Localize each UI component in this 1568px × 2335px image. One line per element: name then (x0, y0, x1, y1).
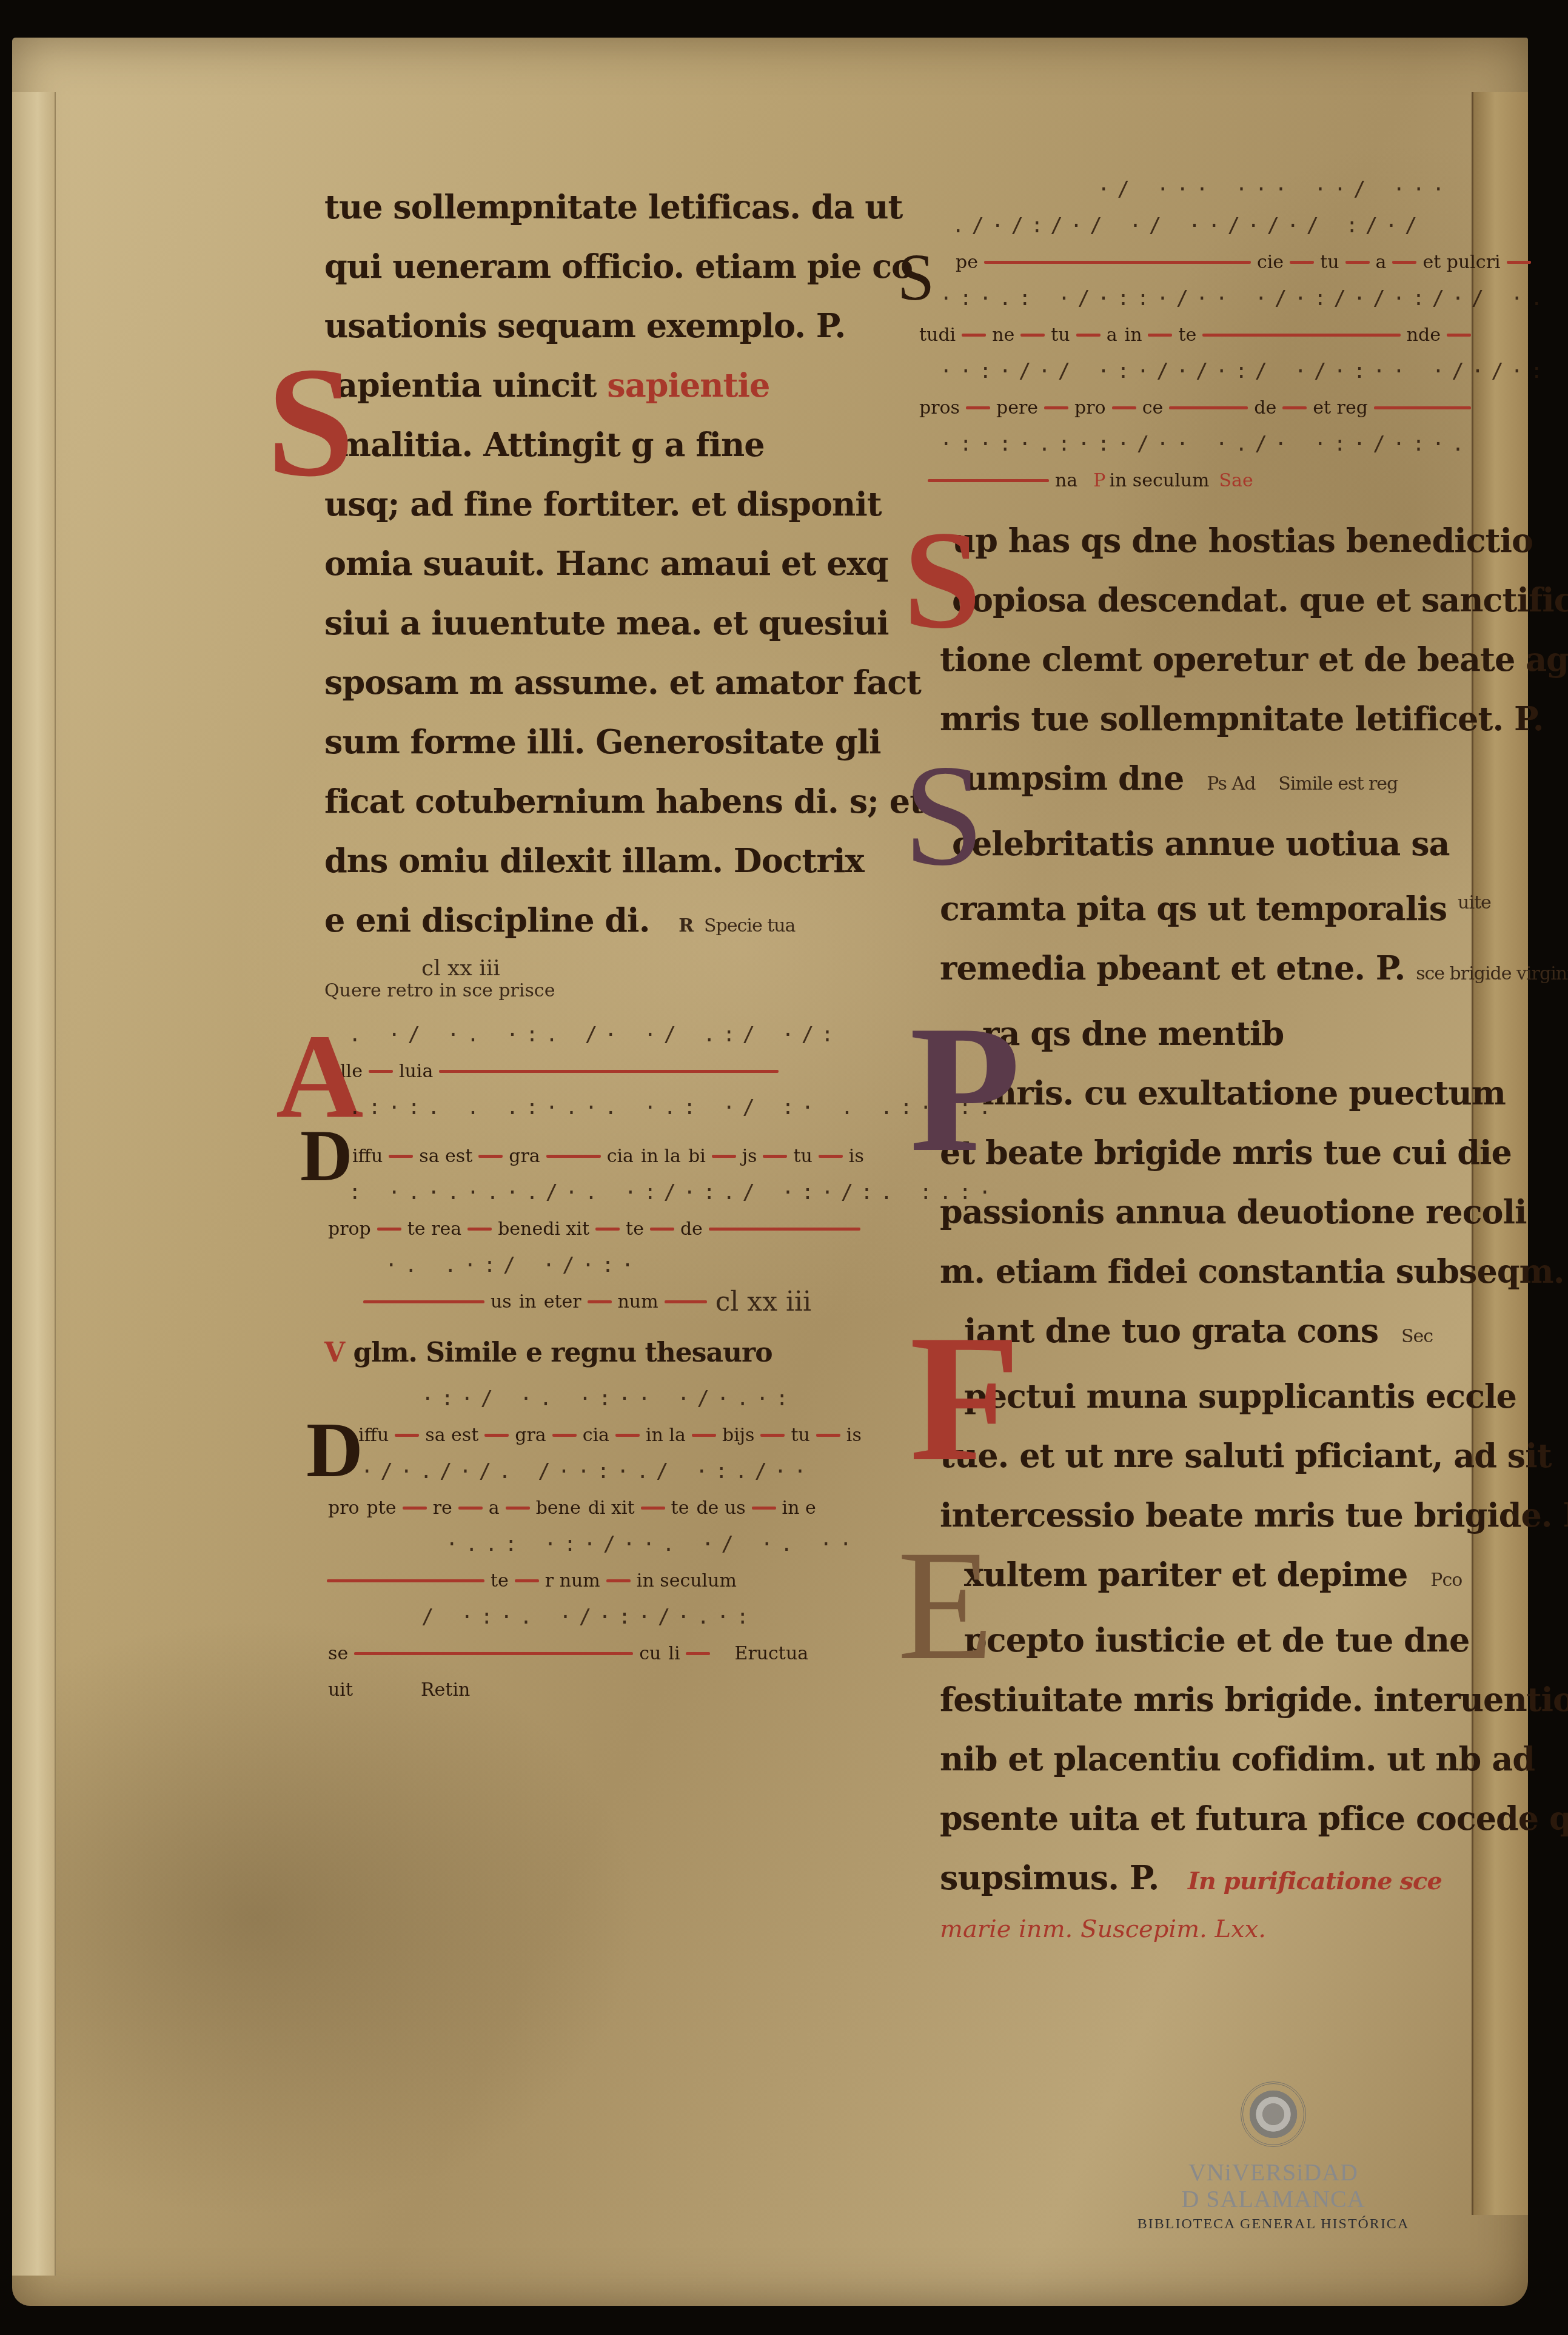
virginum-line: V glm. Simile e regnu thesauro (324, 1332, 864, 1374)
syllable: te rea (404, 1218, 465, 1240)
text-line: psente uita et futura pfice cocede q (916, 1789, 1473, 1848)
marginal-number: cl xx iii (324, 956, 864, 980)
red-rule (665, 1300, 707, 1303)
syllable: tu (789, 1146, 816, 1167)
red-rule (588, 1300, 612, 1303)
red-rule (763, 1155, 787, 1158)
red-rule (1392, 261, 1416, 264)
syllable: de us (692, 1497, 749, 1519)
text-line: passionis annua deuotione recoli (916, 1182, 1473, 1241)
red-rule (1112, 406, 1136, 409)
watermark-line1: VNiVERSiDAD (1128, 2159, 1419, 2186)
rubric-R: R (678, 915, 693, 936)
collect-block: P ra qs dne mentib mris. cu exultatione … (916, 1004, 1473, 1301)
syllable: r num (541, 1570, 604, 1591)
syllable: in (1121, 324, 1146, 346)
syllable: us (487, 1291, 515, 1312)
syllable: js (739, 1146, 761, 1167)
red-rule (712, 1155, 736, 1158)
text-line: sposam m assume. et amator fact (324, 653, 864, 712)
red-rule (546, 1155, 601, 1158)
syllable: prop (324, 1218, 375, 1240)
red-rule (816, 1434, 840, 1437)
syllable: te (668, 1497, 693, 1519)
red-rule (962, 334, 986, 337)
syllable: se (324, 1643, 352, 1664)
syllable: a (1103, 324, 1121, 346)
syllable: pe (952, 252, 982, 273)
postcommunion-block: S umpsim dne Ps Ad Simile est reg celebr… (916, 748, 1473, 1004)
text-span: umpsim dne (964, 759, 1184, 798)
syllable: et reg (1309, 397, 1372, 418)
syllable: luia (395, 1061, 437, 1082)
text-span: remedia pbeant et etne. P. (940, 949, 1405, 987)
text-line: malitia. Attingit g a fine (324, 415, 864, 474)
red-rule (650, 1228, 674, 1231)
alleluia-chant: A . ·/ ·. ·:. /· ·/ .:/ ·/: lle luia .:·… (324, 1016, 864, 1126)
red-rule (819, 1155, 843, 1158)
lyric-line: us in eter num cl xx iii (324, 1283, 864, 1320)
text-line: apientia uincit sapientie (324, 355, 864, 415)
syllable: a (485, 1497, 503, 1519)
university-seal-icon (1241, 2081, 1306, 2147)
syllable: in la (637, 1146, 685, 1167)
red-rule (1169, 406, 1248, 409)
text-line: m. etiam fidei constantia subseqm. (916, 1241, 1473, 1301)
red-rule (686, 1652, 710, 1655)
manuscript-page: tue sollempnitate letificas. da ut qui u… (12, 38, 1528, 2306)
red-rule (369, 1070, 393, 1073)
text-line: mris tue sollempnitate letificet. P. (916, 689, 1473, 748)
syllable: tu (1047, 324, 1073, 346)
specie-chant: ·/ ··· ··· ··/ ··· ./·/:/·/ ·/ ··/·/·/ :… (916, 171, 1473, 499)
left-column: tue sollempnitate letificas. da ut qui u… (324, 177, 864, 1720)
syllable: te (1174, 324, 1200, 346)
text-line: dns omiu dilexit illam. Doctrix (324, 831, 864, 890)
red-rule (478, 1155, 503, 1158)
rubric-sae: Sae (1219, 470, 1253, 491)
red-rule (403, 1507, 427, 1510)
syllable: sa est (415, 1146, 476, 1167)
text-line: up has qs dne hostias benedictio (916, 511, 1473, 570)
syllable: benedi xit (494, 1218, 593, 1240)
rubric-purification: In purificatione sce (1188, 1867, 1442, 1895)
syllable: de (677, 1218, 706, 1240)
neumes: ·. .·:/ ·/·:· (324, 1247, 864, 1283)
library-watermark: VNiVERSiDAD D SALAMANCA BIBLIOTECA GENER… (1128, 2081, 1419, 2233)
red-rule (1447, 334, 1471, 337)
red-rule (389, 1155, 413, 1158)
syllable: gra (511, 1425, 549, 1446)
syllable: num (614, 1291, 662, 1312)
red-rule (484, 1434, 509, 1437)
text-line: usationis sequam exemplo. P. (324, 296, 864, 355)
red-rule (1020, 334, 1045, 337)
red-rule (395, 1434, 419, 1437)
text-line: cramta pita qs ut temporalis uite (916, 873, 1473, 938)
red-rule (1282, 406, 1307, 409)
watermark-line3: BIBLIOTECA GENERAL HISTÓRICA (1128, 2216, 1419, 2233)
red-rule (1374, 406, 1471, 409)
interlinear-note: uite (1458, 892, 1491, 913)
syllable: bi (685, 1146, 709, 1167)
red-rule (606, 1579, 631, 1582)
simile-note: Simile est reg (1278, 773, 1398, 795)
syllable: in e (779, 1497, 820, 1519)
syllable: pte (363, 1497, 400, 1519)
text-span: xultem pariter et depime (964, 1555, 1407, 1594)
red-rule (515, 1579, 539, 1582)
red-rule (439, 1070, 779, 1073)
initial-S: S (267, 343, 355, 501)
rubric-sapientie: sapientie (607, 366, 769, 405)
text-span: iant dne tuo grata cons (964, 1311, 1378, 1350)
rubric-sce-brigide: sce brigide virginis. (1416, 963, 1568, 984)
lyric-line: se cu li Eructua (324, 1635, 864, 1671)
sapientia-block: S apientia uincit sapientie malitia. Att… (324, 355, 864, 474)
text-span: glm. Simile e regnu thesauro (353, 1337, 772, 1368)
rubric-Ps: P (1093, 470, 1105, 491)
text-line: qui ueneram officio. etiam pie co (324, 237, 864, 296)
lyric-line: tudi ne tu a in te nde (916, 317, 1473, 353)
initial-P: P (910, 998, 1020, 1180)
initial-S: S (903, 511, 981, 650)
text-line: siui a iuuentute mea. et quesiui (324, 593, 864, 653)
red-rule (928, 479, 1049, 482)
syllable: tudi (916, 324, 959, 346)
text-line: supsimus. P. In purificatione sce (916, 1848, 1473, 1911)
syllable: in seculum (633, 1570, 740, 1591)
text-line: sum forme illi. Generositate gli (324, 712, 864, 771)
red-rule (552, 1434, 577, 1437)
rubric-ps-ad: Ps Ad (1207, 773, 1255, 795)
text-span: cramta pita qs ut temporalis (940, 889, 1447, 928)
syllable: eter (540, 1291, 585, 1312)
initial-E: E (897, 1527, 994, 1684)
syllable: cie (1253, 252, 1287, 273)
page-fold-left (12, 92, 56, 2276)
diffusa-chant-1: D iffu sa est gra cia in la bi js tu is … (324, 1138, 864, 1320)
syllable: pro (1071, 397, 1110, 418)
text-line: pcepto iusticie et de tue dne (916, 1610, 1473, 1670)
syllable: tu (787, 1425, 813, 1446)
red-rule (760, 1434, 785, 1437)
red-rule (709, 1228, 860, 1231)
red-rule (1345, 261, 1370, 264)
secret2-block: F iant dne tuo grata cons Sec pectui mun… (916, 1301, 1473, 1545)
red-rule (458, 1507, 483, 1510)
syllable: tu (1316, 252, 1342, 273)
red-rule (966, 406, 990, 409)
text-line: usq; ad fine fortiter. et disponit (324, 474, 864, 534)
text-line: umpsim dne Ps Ad Simile est reg (916, 748, 1473, 814)
quere-line: Quere retro in sce prisce (324, 980, 864, 1010)
lyric-line: uit Retin (324, 1671, 864, 1708)
syllable: cu (635, 1643, 665, 1664)
syllable: Retin (417, 1679, 474, 1701)
syllable: li (665, 1643, 683, 1664)
syllable: et pulcri (1419, 252, 1504, 273)
watermark-line2: D SALAMANCA (1128, 2186, 1419, 2212)
syllable: uit (324, 1679, 357, 1701)
rubric-sec: Sec (1401, 1326, 1433, 1347)
text-span: apientia uincit (337, 366, 597, 405)
red-rule (1290, 261, 1314, 264)
text-line: ficat cotubernium habens di. s; et (324, 771, 864, 831)
red-rule (1148, 334, 1172, 337)
red-rule (595, 1228, 620, 1231)
neumes: ·..: ·:·/··. ·/ ·. ·· (324, 1526, 864, 1562)
red-rule (1044, 406, 1068, 409)
diffusa-chant-2: ·:·/ ·. ·:·· ·/·.·: D iffu sa est gra ci… (324, 1380, 864, 1708)
syllable: di xit (585, 1497, 638, 1519)
syllable: pere (993, 397, 1042, 418)
neumes: ./·/:/·/ ·/ ··/·/·/ :/·/ (916, 207, 1473, 244)
lyric-line: pros pere pro ce de et reg (916, 389, 1473, 426)
text-line: festiuitate mris brigide. interuentio (916, 1670, 1473, 1729)
syllable: bijs (719, 1425, 759, 1446)
text-span: e eni discipline di. (324, 901, 649, 939)
syllable: na (1051, 470, 1081, 491)
right-column: ·/ ··· ··· ··/ ··· ./·/:/·/ ·/ ··/·/·/ :… (916, 165, 1473, 1947)
text-span: supsimus. P. (940, 1858, 1159, 1897)
syllable: a (1372, 252, 1390, 273)
syllable: sa est (421, 1425, 482, 1446)
red-rule (363, 1300, 484, 1303)
text-line: e eni discipline di. R Specie tua (324, 890, 864, 956)
syllable: is (845, 1146, 868, 1167)
neumes: ·/ ··· ··· ··/ ··· (916, 171, 1473, 207)
red-rule (1076, 334, 1101, 337)
initial-S: S (903, 742, 984, 888)
red-rule (506, 1507, 530, 1510)
syllable: de (1250, 397, 1280, 418)
red-rule (692, 1434, 716, 1437)
syllable: in la (642, 1425, 689, 1446)
initial-F: F (910, 1307, 1020, 1489)
marginal-number: cl xx iii (715, 1286, 812, 1317)
syllable: te (487, 1570, 512, 1591)
neumes: / ·:·. ·/·:·/·.·: (324, 1599, 864, 1635)
lyric-line: pe cie tu a et pulcri (916, 244, 1473, 280)
text-line: tione clemt operetur et de beate agne (916, 630, 1473, 689)
lyric-line: te r num in seculum (324, 1562, 864, 1599)
syllable: iffu (349, 1146, 386, 1167)
lyric-line: lle luia (324, 1053, 864, 1089)
red-rule (984, 261, 1251, 264)
neumes: . ·/ ·. ·:. /· ·/ .:/ ·/: (324, 1016, 864, 1053)
neumes: ·:·/ ·. ·:·· ·/·.·: (324, 1380, 864, 1417)
rubric-purification-line2: marie inm. Suscepim. Lxx. (916, 1911, 1473, 1947)
responsory-incipit: Specie tua (704, 915, 795, 936)
text-line: celebritatis annue uotiua sa (916, 814, 1473, 873)
syllable: ne (988, 324, 1018, 346)
neumes: ·:·:·.:·:·/·· ·./· ·:·/·:·. (916, 426, 1473, 462)
syllable: pro (324, 1497, 363, 1519)
text-line: tue sollempnitate letificas. da ut (324, 177, 864, 237)
incipit: Eructua (731, 1643, 812, 1664)
postcommunion2-block: E xultem pariter et depime Pco pcepto iu… (916, 1545, 1473, 1947)
lyric-line: pro pte re a bene di xit te de us in e (324, 1490, 864, 1526)
lyric-line: iffu sa est gra cia in la bijs tu is (324, 1417, 864, 1453)
syllable: re (429, 1497, 456, 1519)
neumes: : ·.·.·.·./·. ·:/·:./ ·:·/:. :.:· (324, 1174, 864, 1211)
rubric-pco: Pco (1430, 1570, 1462, 1591)
red-rule (752, 1507, 776, 1510)
red-rule (641, 1507, 665, 1510)
syllable: bene (532, 1497, 585, 1519)
red-rule (377, 1228, 401, 1231)
lyric-line: iffu sa est gra cia in la bi js tu is (324, 1138, 864, 1174)
neumes: ··:·/·/ ·:·/·/·:/ ·/·:·· ·/·/·: (916, 353, 1473, 389)
syllable: te (622, 1218, 648, 1240)
red-rule (1202, 334, 1400, 337)
red-rule (467, 1228, 492, 1231)
lyric-line: prop te rea benedi xit te de (324, 1211, 864, 1247)
syllable: gra (505, 1146, 543, 1167)
syllable: ce (1139, 397, 1167, 418)
red-rule (1507, 261, 1531, 264)
syllable: in (515, 1291, 540, 1312)
neumes: ·/·./·/. /··:·./ ·:./·· (324, 1453, 864, 1490)
red-rule (327, 1579, 484, 1582)
rubric-V: V (324, 1337, 344, 1368)
text-line: copiosa descendat. que et sanctifica (916, 570, 1473, 630)
red-rule (615, 1434, 640, 1437)
text-line: nib et placentiu cofidim. ut nb ad (916, 1729, 1473, 1789)
syllable: cia (603, 1146, 637, 1167)
red-rule (354, 1652, 633, 1655)
text-line: omia suauit. Hanc amaui et exq (324, 534, 864, 593)
syllable: nde (1403, 324, 1444, 346)
syllable: in seculum (1105, 470, 1213, 491)
secret-block: S up has qs dne hostias benedictio copio… (916, 511, 1473, 748)
syllable: cia (579, 1425, 613, 1446)
text-line: xultem pariter et depime Pco (916, 1545, 1473, 1610)
neumes: ·:·.: ·/·::·/·· ·/·:/·/·:/·/ ·. (916, 280, 1473, 317)
syllable: is (843, 1425, 865, 1446)
syllable: pros (916, 397, 963, 418)
neumes: .:·:. . .:·.·. ·.: ·/ :· . .:·/:. (324, 1089, 864, 1126)
lyric-line: na P in seculum Sae (916, 462, 1473, 499)
